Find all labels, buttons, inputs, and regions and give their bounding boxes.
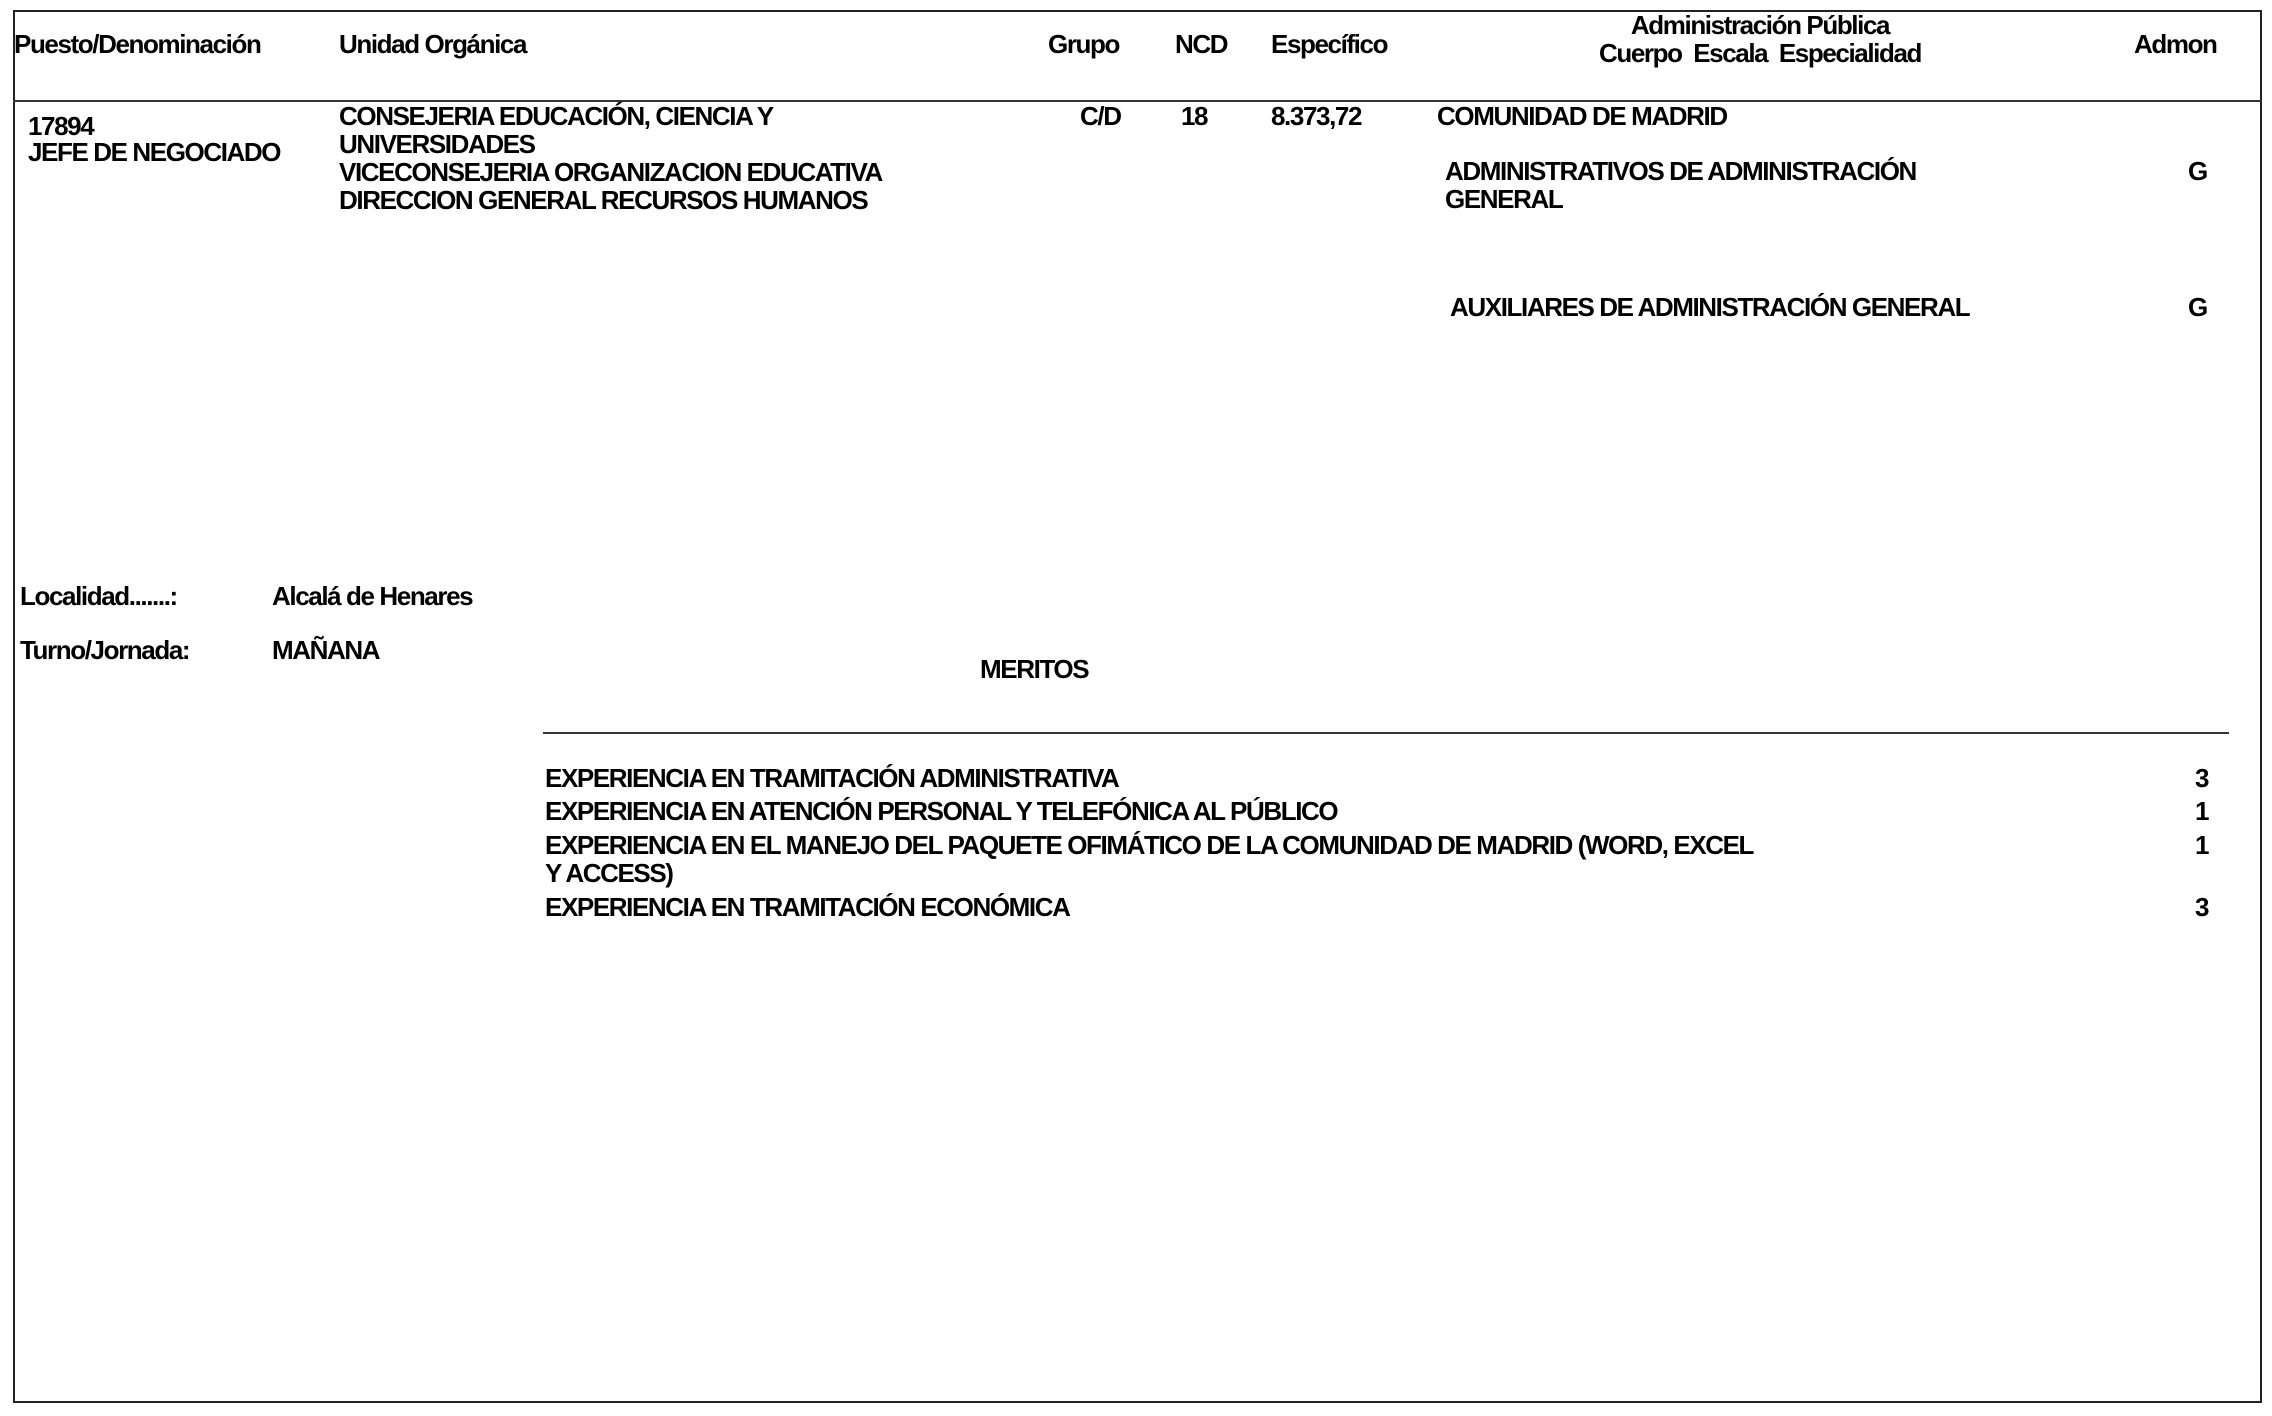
header-puesto: Puesto/Denominación [14,30,260,58]
localidad-value: Alcalá de Henares [272,582,472,610]
meritos-title: MERITOS [980,655,1088,683]
unidad-line: DIRECCION GENERAL RECURSOS HUMANOS [339,186,882,214]
puesto-codigo: 17894 [28,112,93,140]
cuerpo-2: AUXILIARES DE ADMINISTRACIÓN GENERAL [1450,293,1969,321]
merito-item: EXPERIENCIA EN TRAMITACIÓN ECONÓMICA [545,893,1070,921]
merito-item: EXPERIENCIA EN EL MANEJO DEL PAQUETE OFI… [545,831,1753,887]
header-especifico: Específico [1271,30,1387,58]
puesto-denominacion: JEFE DE NEGOCIADO [28,138,280,166]
cuerpo-1: ADMINISTRATIVOS DE ADMINISTRACIÓN GENERA… [1445,157,1916,213]
merito-line: Y ACCESS) [545,859,1753,887]
turno-value: MAÑANA [272,636,379,664]
unidad-line: VICECONSEJERIA ORGANIZACION EDUCATIVA [339,158,882,186]
cuerpo-2-admon: G [2188,293,2207,321]
document-frame [13,10,2262,1403]
merito-puntos: 1 [2195,831,2208,859]
administracion-value: COMUNIDAD DE MADRID [1437,102,1727,130]
merito-puntos: 3 [2195,764,2208,792]
header-ncd: NCD [1175,30,1227,58]
header-unidad: Unidad Orgánica [339,30,526,58]
cuerpo-line: ADMINISTRATIVOS DE ADMINISTRACIÓN [1445,157,1916,185]
header-cuerpo-escala: Cuerpo Escala Especialidad [1510,39,2010,67]
localidad-label: Localidad.......: [20,582,177,610]
merito-puntos: 3 [2195,893,2208,921]
header-admon: Admon [2134,30,2217,58]
merito-item: EXPERIENCIA EN ATENCIÓN PERSONAL Y TELEF… [545,797,1337,825]
ncd-value: 18 [1181,102,1207,130]
unidad-line: CONSEJERIA EDUCACIÓN, CIENCIA Y [339,102,882,130]
cuerpo-1-admon: G [2188,157,2207,185]
meritos-separator [543,732,2229,734]
merito-item: EXPERIENCIA EN TRAMITACIÓN ADMINISTRATIV… [545,764,1118,792]
unidad-line: UNIVERSIDADES [339,130,882,158]
header-admin-publica: Administración Pública [1560,11,1960,39]
turno-label: Turno/Jornada: [20,636,189,664]
header-grupo: Grupo [1048,30,1119,58]
unidad-organica: CONSEJERIA EDUCACIÓN, CIENCIA Y UNIVERSI… [339,102,882,214]
grupo-value: C/D [1080,102,1121,130]
merito-line: EXPERIENCIA EN EL MANEJO DEL PAQUETE OFI… [545,831,1753,859]
especifico-value: 8.373,72 [1271,102,1361,130]
cuerpo-line: GENERAL [1445,185,1916,213]
merito-puntos: 1 [2195,797,2208,825]
